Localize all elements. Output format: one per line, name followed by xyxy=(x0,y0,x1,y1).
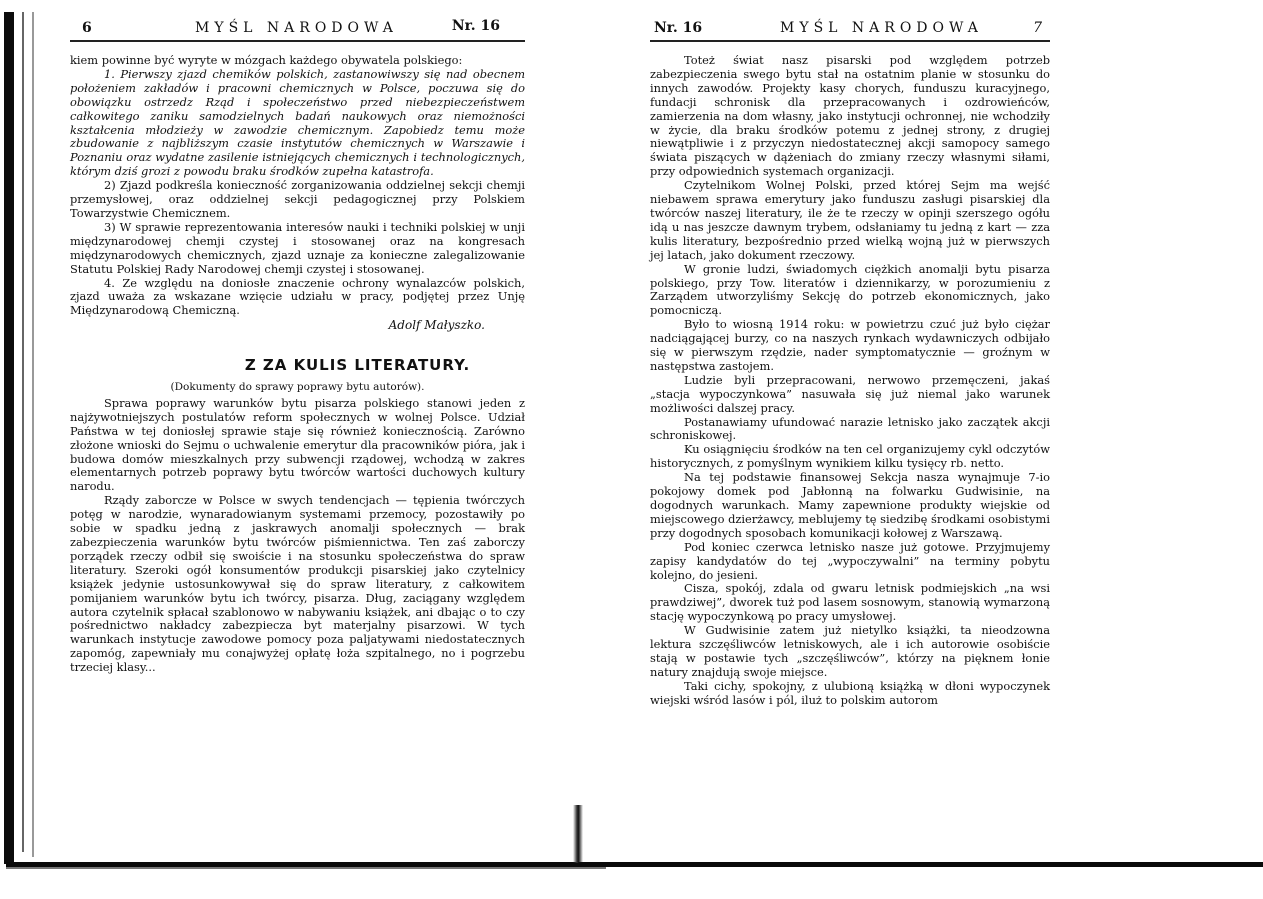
paragraph: Cisza, spokój, zdala od gwaru letnisk po… xyxy=(650,582,1050,624)
section-heading: Z ZA KULIS LITERATURY. xyxy=(190,359,525,373)
paragraph: Sprawa poprawy warunków bytu pisarza pol… xyxy=(70,397,525,494)
scan-edge-artifact xyxy=(22,12,24,852)
scan-edge-artifact xyxy=(4,12,14,864)
resolution-1: 1. Pierwszy zjazd chemików polskich, zas… xyxy=(70,68,525,179)
paragraph: Toteż świat nasz pisarski pod względem p… xyxy=(650,54,1050,179)
scan-edge-artifact xyxy=(32,12,34,857)
paragraph: Ludzie byli przepracowani, nerwowo przem… xyxy=(650,374,1050,416)
paragraph: W gronie ludzi, świadomych ciężkich anom… xyxy=(650,263,1050,319)
right-page: Nr. 16 MYŚL NARODOWA 7 Toteż świat nasz … xyxy=(650,18,1050,708)
running-head: Nr. 16 MYŚL NARODOWA 7 xyxy=(650,18,1050,42)
page-number: 6 xyxy=(82,20,92,36)
section-subheading: (Dokumenty do sprawy poprawy bytu autoró… xyxy=(70,381,525,395)
paragraph: Czytelnikom Wolnej Polski, przed której … xyxy=(650,179,1050,262)
paragraph: Było to wiosną 1914 roku: w powietrzu cz… xyxy=(650,318,1050,374)
paragraph: W Gudwisinie zatem już nietylko książki,… xyxy=(650,624,1050,680)
paragraph: Rządy zaborcze w Polsce w swych tendencj… xyxy=(70,494,525,675)
resolution-2: 2) Zjazd podkreśla konieczność zorganizo… xyxy=(70,179,525,221)
article-body: kiem powinne być wyryte w mózgach każdeg… xyxy=(70,54,525,675)
left-page: 6 MYŚL NARODOWA Nr. 16 kiem powinne być … xyxy=(70,18,525,675)
page-number: 7 xyxy=(1033,20,1042,36)
paragraph: Taki cichy, spokojny, z ulubioną książką… xyxy=(650,680,1050,708)
paragraph: Ku osiągnięciu środków na ten cel organi… xyxy=(650,443,1050,471)
signature: Adolf Małyszko. xyxy=(70,319,525,333)
resolution-4: 4. Ze względu na doniosłe znaczenie ochr… xyxy=(70,277,525,319)
paragraph: kiem powinne być wyryte w mózgach każdeg… xyxy=(70,54,525,68)
paragraph: Na tej podstawie finansowej Sekcja nasza… xyxy=(650,471,1050,541)
gutter-shadow xyxy=(573,805,583,863)
scan-bottom-edge xyxy=(6,867,606,869)
paragraph: Postanawiamy ufundować narazie letnisko … xyxy=(650,416,1050,444)
article-body: Toteż świat nasz pisarski pod względem p… xyxy=(650,54,1050,708)
publication-title: MYŚL NARODOWA xyxy=(195,20,398,36)
running-head: 6 MYŚL NARODOWA Nr. 16 xyxy=(70,18,525,42)
publication-title: MYŚL NARODOWA xyxy=(780,20,983,36)
issue-number: Nr. 16 xyxy=(452,18,500,34)
paragraph: Pod koniec czerwca letnisko nasze już go… xyxy=(650,541,1050,583)
resolution-3: 3) W sprawie reprezentowania interesów n… xyxy=(70,221,525,277)
issue-number: Nr. 16 xyxy=(654,20,702,36)
